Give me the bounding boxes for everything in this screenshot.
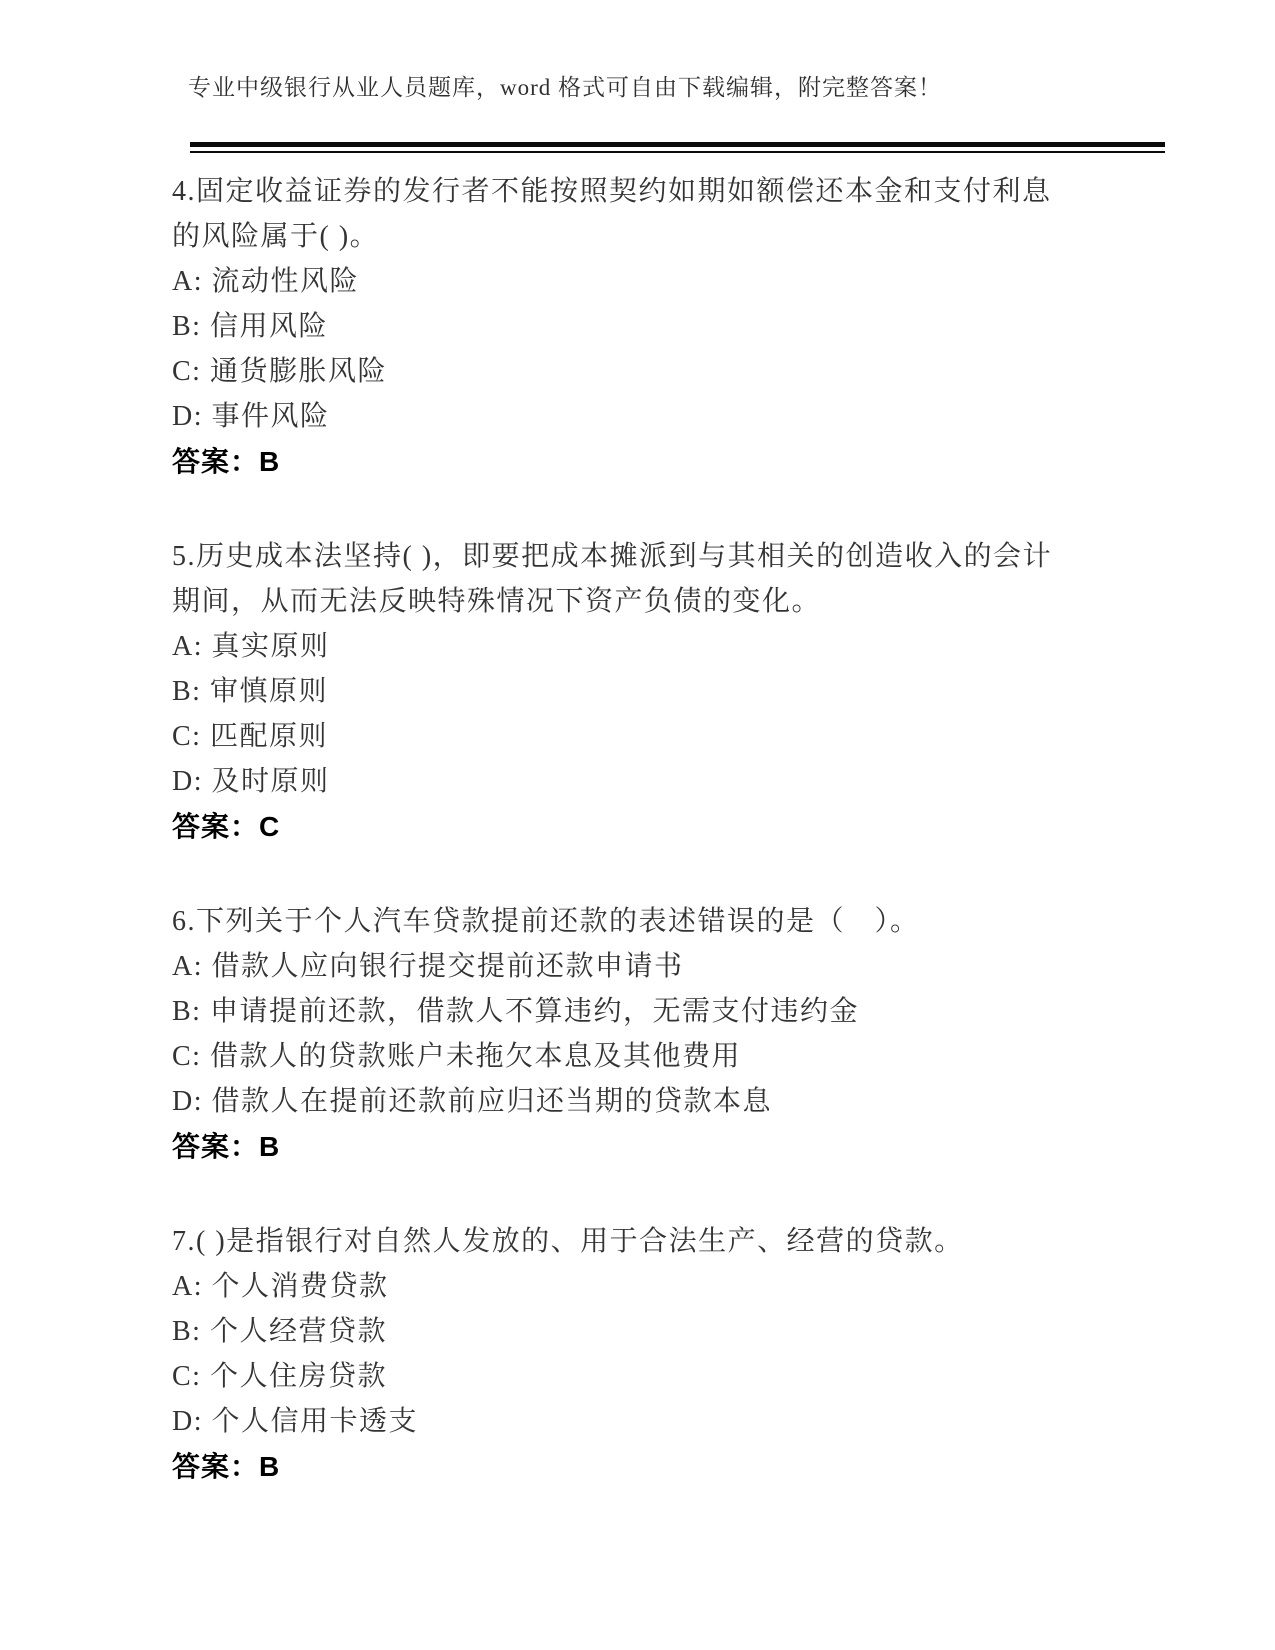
option-line-b: B: 个人经营贷款: [172, 1309, 1165, 1354]
answer-line: 答案：B: [172, 439, 1165, 484]
question-title: 6.下列关于个人汽车贷款提前还款的表述错误的是（ ）。: [172, 899, 1165, 944]
option-line-d: D: 及时原则: [172, 759, 1165, 804]
option-line-c: C: 匹配原则: [172, 714, 1165, 759]
option-line-d: D: 事件风险: [172, 394, 1165, 439]
document-header: 专业中级银行从业人员题库，word 格式可自由下载编辑，附完整答案！: [172, 72, 1165, 104]
option-line-d: D: 个人信用卡透支: [172, 1399, 1165, 1444]
header-divider: [190, 142, 1165, 153]
question-4: 4.固定收益证券的发行者不能按照契约如期如额偿还本金和支付利息 的风险属于( )…: [172, 169, 1165, 484]
option-line-a: A: 个人消费贷款: [172, 1264, 1165, 1309]
question-title: 4.固定收益证券的发行者不能按照契约如期如额偿还本金和支付利息 的风险属于( )…: [172, 169, 1165, 259]
question-7: 7.( )是指银行对自然人发放的、用于合法生产、经营的贷款。 A: 个人消费贷款…: [172, 1219, 1165, 1489]
answer-line: 答案：B: [172, 1124, 1165, 1169]
question-title: 5.历史成本法坚持( )，即要把成本摊派到与其相关的创造收入的会计 期间，从而无…: [172, 534, 1165, 624]
question-6: 6.下列关于个人汽车贷款提前还款的表述错误的是（ ）。 A: 借款人应向银行提交…: [172, 899, 1165, 1169]
option-line-b: B: 信用风险: [172, 304, 1165, 349]
question-5: 5.历史成本法坚持( )，即要把成本摊派到与其相关的创造收入的会计 期间，从而无…: [172, 534, 1165, 849]
option-line-a: A: 真实原则: [172, 624, 1165, 669]
document-page: 专业中级银行从业人员题库，word 格式可自由下载编辑，附完整答案！ 4.固定收…: [0, 0, 1275, 1650]
option-line-c: C: 借款人的贷款账户未拖欠本息及其他费用: [172, 1034, 1165, 1079]
option-line-c: C: 个人住房贷款: [172, 1354, 1165, 1399]
option-line-b: B: 审慎原则: [172, 669, 1165, 714]
option-line-b: B: 申请提前还款，借款人不算违约，无需支付违约金: [172, 989, 1165, 1034]
answer-line: 答案：C: [172, 804, 1165, 849]
option-line-a: A: 流动性风险: [172, 259, 1165, 304]
option-line-d: D: 借款人在提前还款前应归还当期的贷款本息: [172, 1079, 1165, 1124]
answer-line: 答案：B: [172, 1444, 1165, 1489]
question-title: 7.( )是指银行对自然人发放的、用于合法生产、经营的贷款。: [172, 1219, 1165, 1264]
option-line-c: C: 通货膨胀风险: [172, 349, 1165, 394]
option-line-a: A: 借款人应向银行提交提前还款申请书: [172, 944, 1165, 989]
